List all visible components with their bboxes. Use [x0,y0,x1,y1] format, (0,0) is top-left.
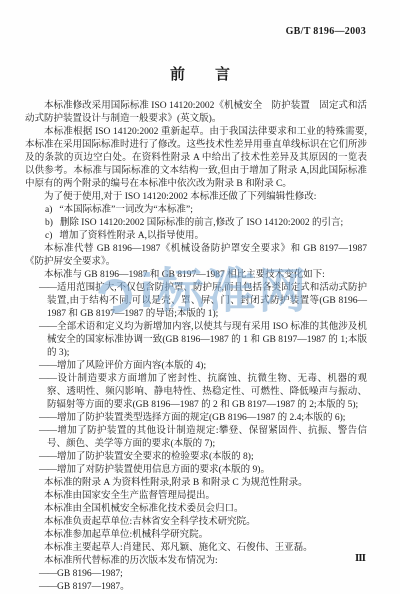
foreword-change-item: ——增加了防护装置的其他设计制造规定:攀登、保留紧固件、抗振、警告信号、颜色、美… [47,425,367,451]
change-item-text: GB 8196—1987; [57,569,123,579]
dash-marker: —— [39,361,56,371]
change-item-text: 增加了对防护装置使用信息方面的要求(本版的 9)。 [57,465,270,475]
foreword-paragraph: 本标准由国家安全生产监督管理局提出。 [25,490,367,503]
edit-item-label: a) [45,205,52,215]
foreword-edit-item: c)增加了资料性附录 A,以指导使用。 [25,230,367,243]
dash-marker: —— [39,452,56,462]
foreword-paragraph: 本标准由全国机械安全标准化技术委员会归口。 [25,503,367,516]
foreword-paragraph: 本标准主要起草人:肖建民、郑凡颖、施化文、石俊伟、王亚磊。 [25,542,367,555]
foreword-change-item: ——GB 8196—1987; [47,568,367,581]
dash-marker: —— [39,283,56,293]
foreword-paragraph: 本标准的附录 A 为资料性附录,附录 B 和附录 C 为规范性附录。 [25,477,367,490]
dash-marker: —— [39,426,56,436]
edit-item-text: 删除 ISO 14120:2002 国际标准的前言,修改了 ISO 14120:… [60,218,343,228]
foreword-change-item: ——增加了对防护装置使用信息方面的要求(本版的 9)。 [47,464,367,477]
foreword-paragraph: 本标准所代替标准的历次版本发布情况为: [25,555,367,568]
foreword-paragraph: 本标准代替 GB 8196—1987《机械设备防护罩安全要求》和 GB 8197… [25,243,367,269]
foreword-change-item: ——增加了防护装置安全要求的检验要求(本版的 8); [47,451,367,464]
change-item-text: 全部术语和定义均为新增加内容,以使其与现有采用 ISO 标准的其他涉及机械安全的… [47,322,367,358]
foreword-paragraph: 为了便于使用,对于 ISO 14120:2002 本标准还做了下列编辑性修改: [25,191,367,204]
edit-item-label: b) [45,218,53,228]
document-page: GB/T 8196—2003 前言 本标准修改采用国际标准 ISO 14120:… [0,0,400,594]
foreword-paragraph: 本标准负责起草单位:吉林省安全科学技术研究院。 [25,516,367,529]
foreword-change-item: ——增加了防护装置类型选择方面的规定(GB 8196—1987 的 2.4;本版… [47,412,367,425]
dash-marker: —— [39,465,56,475]
change-item-text: 适用范围扩大,不仅包含防护罩、防护屏,而且包括各类固定式和活动式防护装置,由于结… [47,283,367,319]
change-item-text: 增加了防护装置类型选择方面的规定(GB 8196—1987 的 2.4;本版的 … [57,413,345,423]
change-item-text: 设计制造要求方面增加了密封性、抗腐蚀、抗微生物、无毒、机器的观察、透明性、频闪影… [47,374,367,410]
dash-marker: —— [39,569,56,579]
page-title: 前言 [0,63,400,84]
foreword-paragraph: 本标准根据 ISO 14120:2002 重新起草。由于我国法律要求和工业的特殊… [25,126,367,191]
foreword-change-item: ——GB 8197—1987。 [47,581,367,594]
edit-item-text: 增加了资料性附录 A,以指导使用。 [59,231,204,241]
dash-marker: —— [39,374,56,384]
dash-marker: —— [39,582,56,592]
foreword-change-item: ——全部术语和定义均为新增加内容,以使其与现有采用 ISO 标准的其他涉及机械安… [47,321,367,360]
foreword-edit-item: a)“本国际标准”一词改为“本标准”; [25,204,367,217]
dash-marker: —— [39,322,56,332]
change-item-text: 增加了防护装置的其他设计制造规定:攀登、保留紧固件、抗振、警告信号、颜色、美学等… [47,426,367,449]
foreword-change-item: ——增加了风险评价方面内容(本版的 4); [47,360,367,373]
page-number: Ⅲ [355,553,366,564]
change-item-text: 增加了风险评价方面内容(本版的 4); [57,361,206,371]
foreword-edit-item: b)删除 ISO 14120:2002 国际标准的前言,修改了 ISO 1412… [25,217,367,230]
edit-item-text: “本国际标准”一词改为“本标准”; [59,205,193,215]
change-item-text: GB 8197—1987。 [57,582,130,592]
dash-marker: —— [39,413,56,423]
foreword-body: 本标准修改采用国际标准 ISO 14120:2002《机械安全 防护装置 固定式… [25,100,367,594]
change-item-text: 增加了防护装置安全要求的检验要求(本版的 8); [57,452,254,462]
foreword-paragraph: 本标准修改采用国际标准 ISO 14120:2002《机械安全 防护装置 固定式… [25,100,367,126]
foreword-change-item: ——适用范围扩大,不仅包含防护罩、防护屏,而且包括各类固定式和活动式防护装置,由… [47,282,367,321]
foreword-change-item: ——设计制造要求方面增加了密封性、抗腐蚀、抗微生物、无毒、机器的观察、透明性、频… [47,373,367,412]
edit-item-label: c) [45,231,52,241]
foreword-paragraph: 本标准与 GB 8196—1987 和 GB 8197—1987 相比主要技术变… [25,269,367,282]
foreword-paragraph: 本标准参加起草单位:机械科学研究院。 [25,529,367,542]
standard-number: GB/T 8196—2003 [286,26,366,37]
